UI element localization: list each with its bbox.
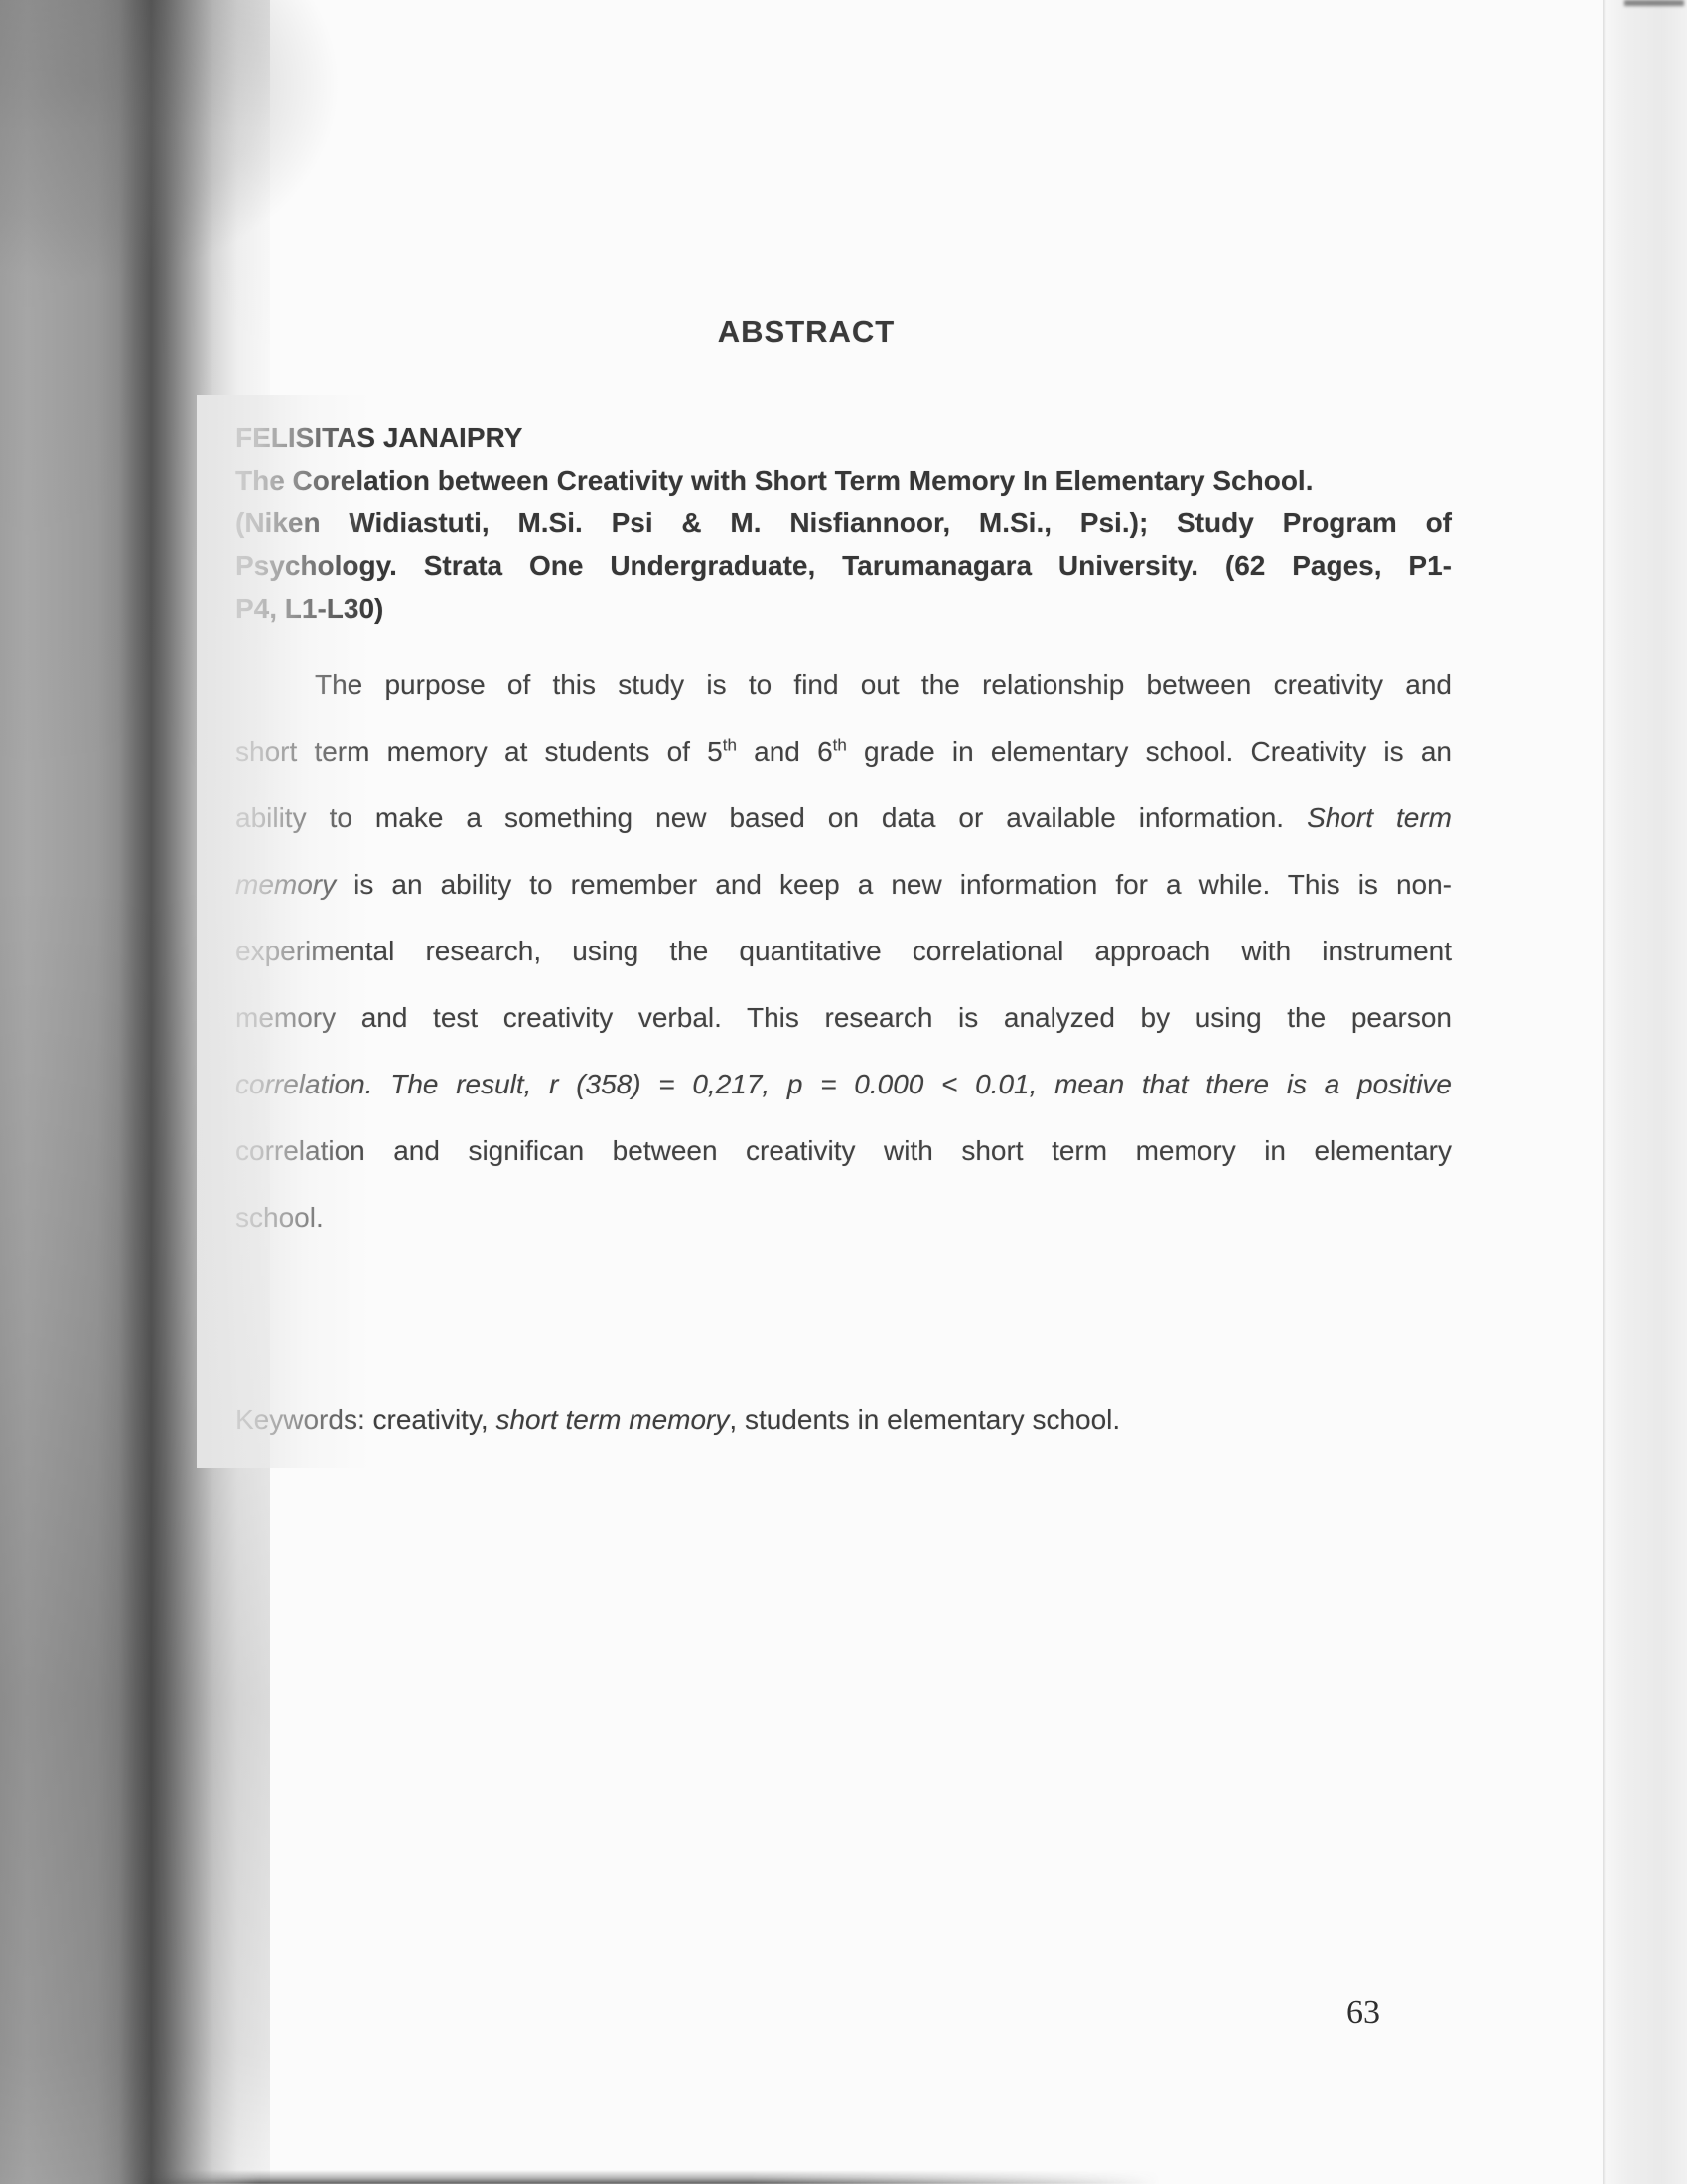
text-segment: is an ability to remember and keep a new… [336,869,1452,900]
text-segment: , students in elementary school. [729,1404,1120,1435]
italic-text-segment: The result, r (358) = 0,217, p = 0.000 <… [390,1069,1452,1099]
text-segment: ability to make a something new based on… [235,802,1307,833]
text-line: P4, L1-L30) [235,587,1452,630]
page-number: 63 [1346,1994,1380,2032]
text-line: correlation and significan between creat… [235,1117,1452,1184]
superscript-segment: th [723,736,737,755]
scan-bottom-edge-smudge [137,2170,1160,2184]
scan-corner-shadow [0,0,467,338]
text-line: (Niken Widiastuti, M.Si. Psi & M. Nisfia… [235,502,1452,544]
text-segment: Psychology. Strata One Undergraduate, Ta… [235,550,1452,581]
text-line: Psychology. Strata One Undergraduate, Ta… [235,544,1452,587]
text-line: The Corelation between Creativity with S… [235,459,1452,502]
text-line: memory and test creativity verbal. This … [235,984,1452,1051]
text-line: The purpose of this study is to find out… [235,652,1452,718]
abstract-paragraph: The purpose of this study is to find out… [235,652,1452,1250]
thesis-citation-block: FELISITAS JANAIPRYThe Corelation between… [235,416,1452,630]
text-line: school. [235,1184,1452,1250]
keywords-line: Keywords: creativity, short term memory,… [235,1398,1452,1441]
text-segment: (Niken Widiastuti, M.Si. Psi & M. Nisfia… [235,508,1452,538]
scan-top-right-smudge [1624,0,1684,6]
text-line: ability to make a something new based on… [235,785,1452,851]
scan-right-edge-seam [1603,0,1687,2184]
text-segment: The Corelation between Creativity with S… [235,465,1313,496]
text-line: correlation. The result, r (358) = 0,217… [235,1051,1452,1117]
text-line: FELISITAS JANAIPRY [235,416,1452,459]
text-line: experimental research, using the quantit… [235,918,1452,984]
text-line: short term memory at students of 5th and… [235,718,1452,785]
text-line: memory is an ability to remember and kee… [235,851,1452,918]
text-segment: experimental research, using the quantit… [235,936,1452,966]
italic-text-segment: short term memory [495,1404,729,1435]
text-segment: and 6 [737,736,833,767]
abstract-title: ABSTRACT [235,314,1377,350]
scan-text-fade-overlay [197,395,370,1468]
superscript-segment: th [833,736,847,755]
text-segment: The purpose of this study is to find out… [315,669,1452,700]
text-segment: memory and test creativity verbal. This … [235,1002,1452,1033]
text-segment: correlation and significan between creat… [235,1135,1452,1166]
text-segment: grade in elementary school. Creativity i… [847,736,1452,767]
text-line: Keywords: creativity, short term memory,… [235,1398,1452,1441]
scanned-thesis-abstract-page: ABSTRACT FELISITAS JANAIPRYThe Corelatio… [0,0,1687,2184]
italic-text-segment: Short term [1307,802,1452,833]
